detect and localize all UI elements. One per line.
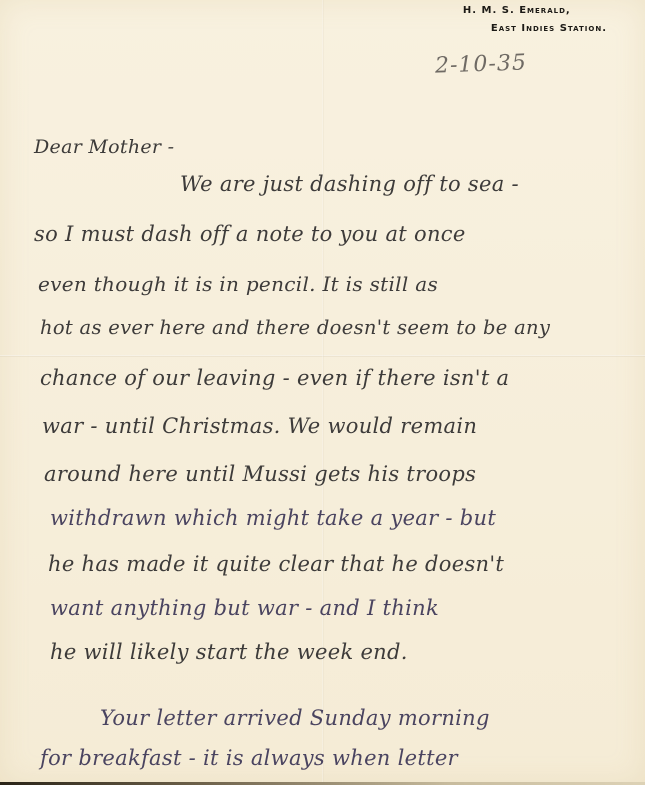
paper-fold-vertical	[322, 0, 324, 785]
letter-line-3: even though it is in pencil. It is still…	[38, 272, 438, 296]
letter-line-1: We are just dashing off to sea -	[180, 172, 519, 196]
letter-date: 2-10-35	[435, 50, 528, 78]
letterhead: H. M. S. Emerald, East Indies Station.	[463, 2, 607, 38]
letter-line-6: war - until Christmas. We would remain	[42, 414, 477, 438]
letter-line-5: chance of our leaving - even if there is…	[40, 366, 509, 390]
letter-paper: H. M. S. Emerald, East Indies Station. 2…	[0, 0, 645, 785]
letter-line-10: want anything but war - and I think	[50, 596, 439, 620]
letterhead-ship: H. M. S. Emerald,	[463, 2, 607, 20]
letter-line-4: hot as ever here and there doesn't seem …	[40, 316, 550, 339]
letter-line-11: he will likely start the week end.	[50, 640, 408, 664]
salutation: Dear Mother -	[34, 136, 174, 158]
letter-line-7: around here until Mussi gets his troops	[44, 462, 476, 486]
letter-line-13: for breakfast - it is always when letter	[40, 746, 458, 770]
letterhead-station: East Indies Station.	[463, 20, 607, 38]
letter-line-8: withdrawn which might take a year - but	[50, 506, 496, 530]
letter-line-2: so I must dash off a note to you at once	[34, 222, 466, 246]
letter-line-9: he has made it quite clear that he doesn…	[48, 552, 504, 576]
letter-line-12: Your letter arrived Sunday morning	[100, 706, 490, 730]
